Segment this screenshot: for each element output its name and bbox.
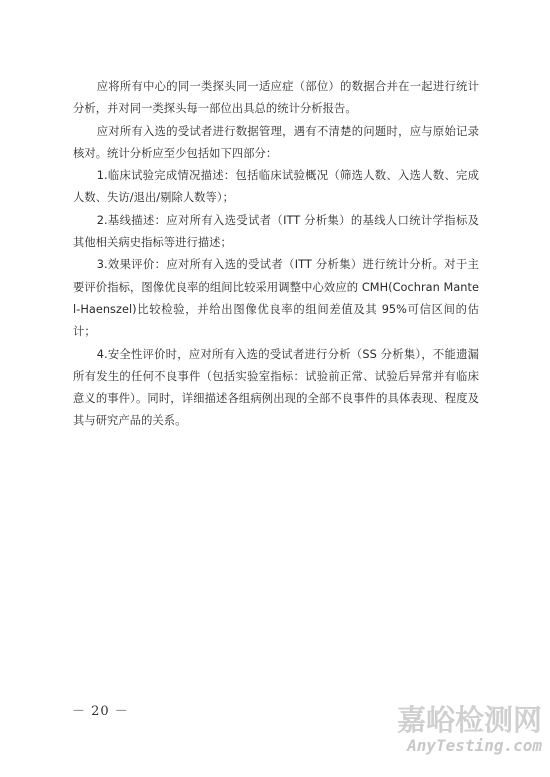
paragraph-efficacy: 3.效果评价：应对所有入选的受试者（ITT 分析集）进行统计分析。对于主要评价指… (73, 254, 479, 343)
watermark-chinese: 嘉峪检测网 (392, 703, 542, 737)
watermark-logo: 嘉峪检测网 AnyTesting.com (392, 703, 542, 755)
document-body: 应将所有中心的同一类探头同一适应症（部位）的数据合并在一起进行统计分析，并对同一… (73, 76, 479, 433)
paragraph-data-merge: 应将所有中心的同一类探头同一适应症（部位）的数据合并在一起进行统计分析，并对同一… (73, 76, 479, 121)
paragraph-trial-completion: 1.临床试验完成情况描述：包括临床试验概况（筛选人数、入选人数、完成人数、失访/… (73, 165, 479, 210)
paragraph-data-management: 应对所有入选的受试者进行数据管理，遇有不清楚的问题时，应与原始记录核对。统计分析… (73, 121, 479, 166)
watermark-english: AnyTesting.com (392, 737, 542, 755)
paragraph-baseline: 2.基线描述：应对所有入选受试者（ITT 分析集）的基线人口统计学指标及其他相关… (73, 210, 479, 255)
paragraph-safety: 4.安全性评价时，应对所有入选的受试者进行分析（SS 分析集），不能遗漏所有发生… (73, 344, 479, 433)
page-number: － 20 － (72, 700, 129, 719)
